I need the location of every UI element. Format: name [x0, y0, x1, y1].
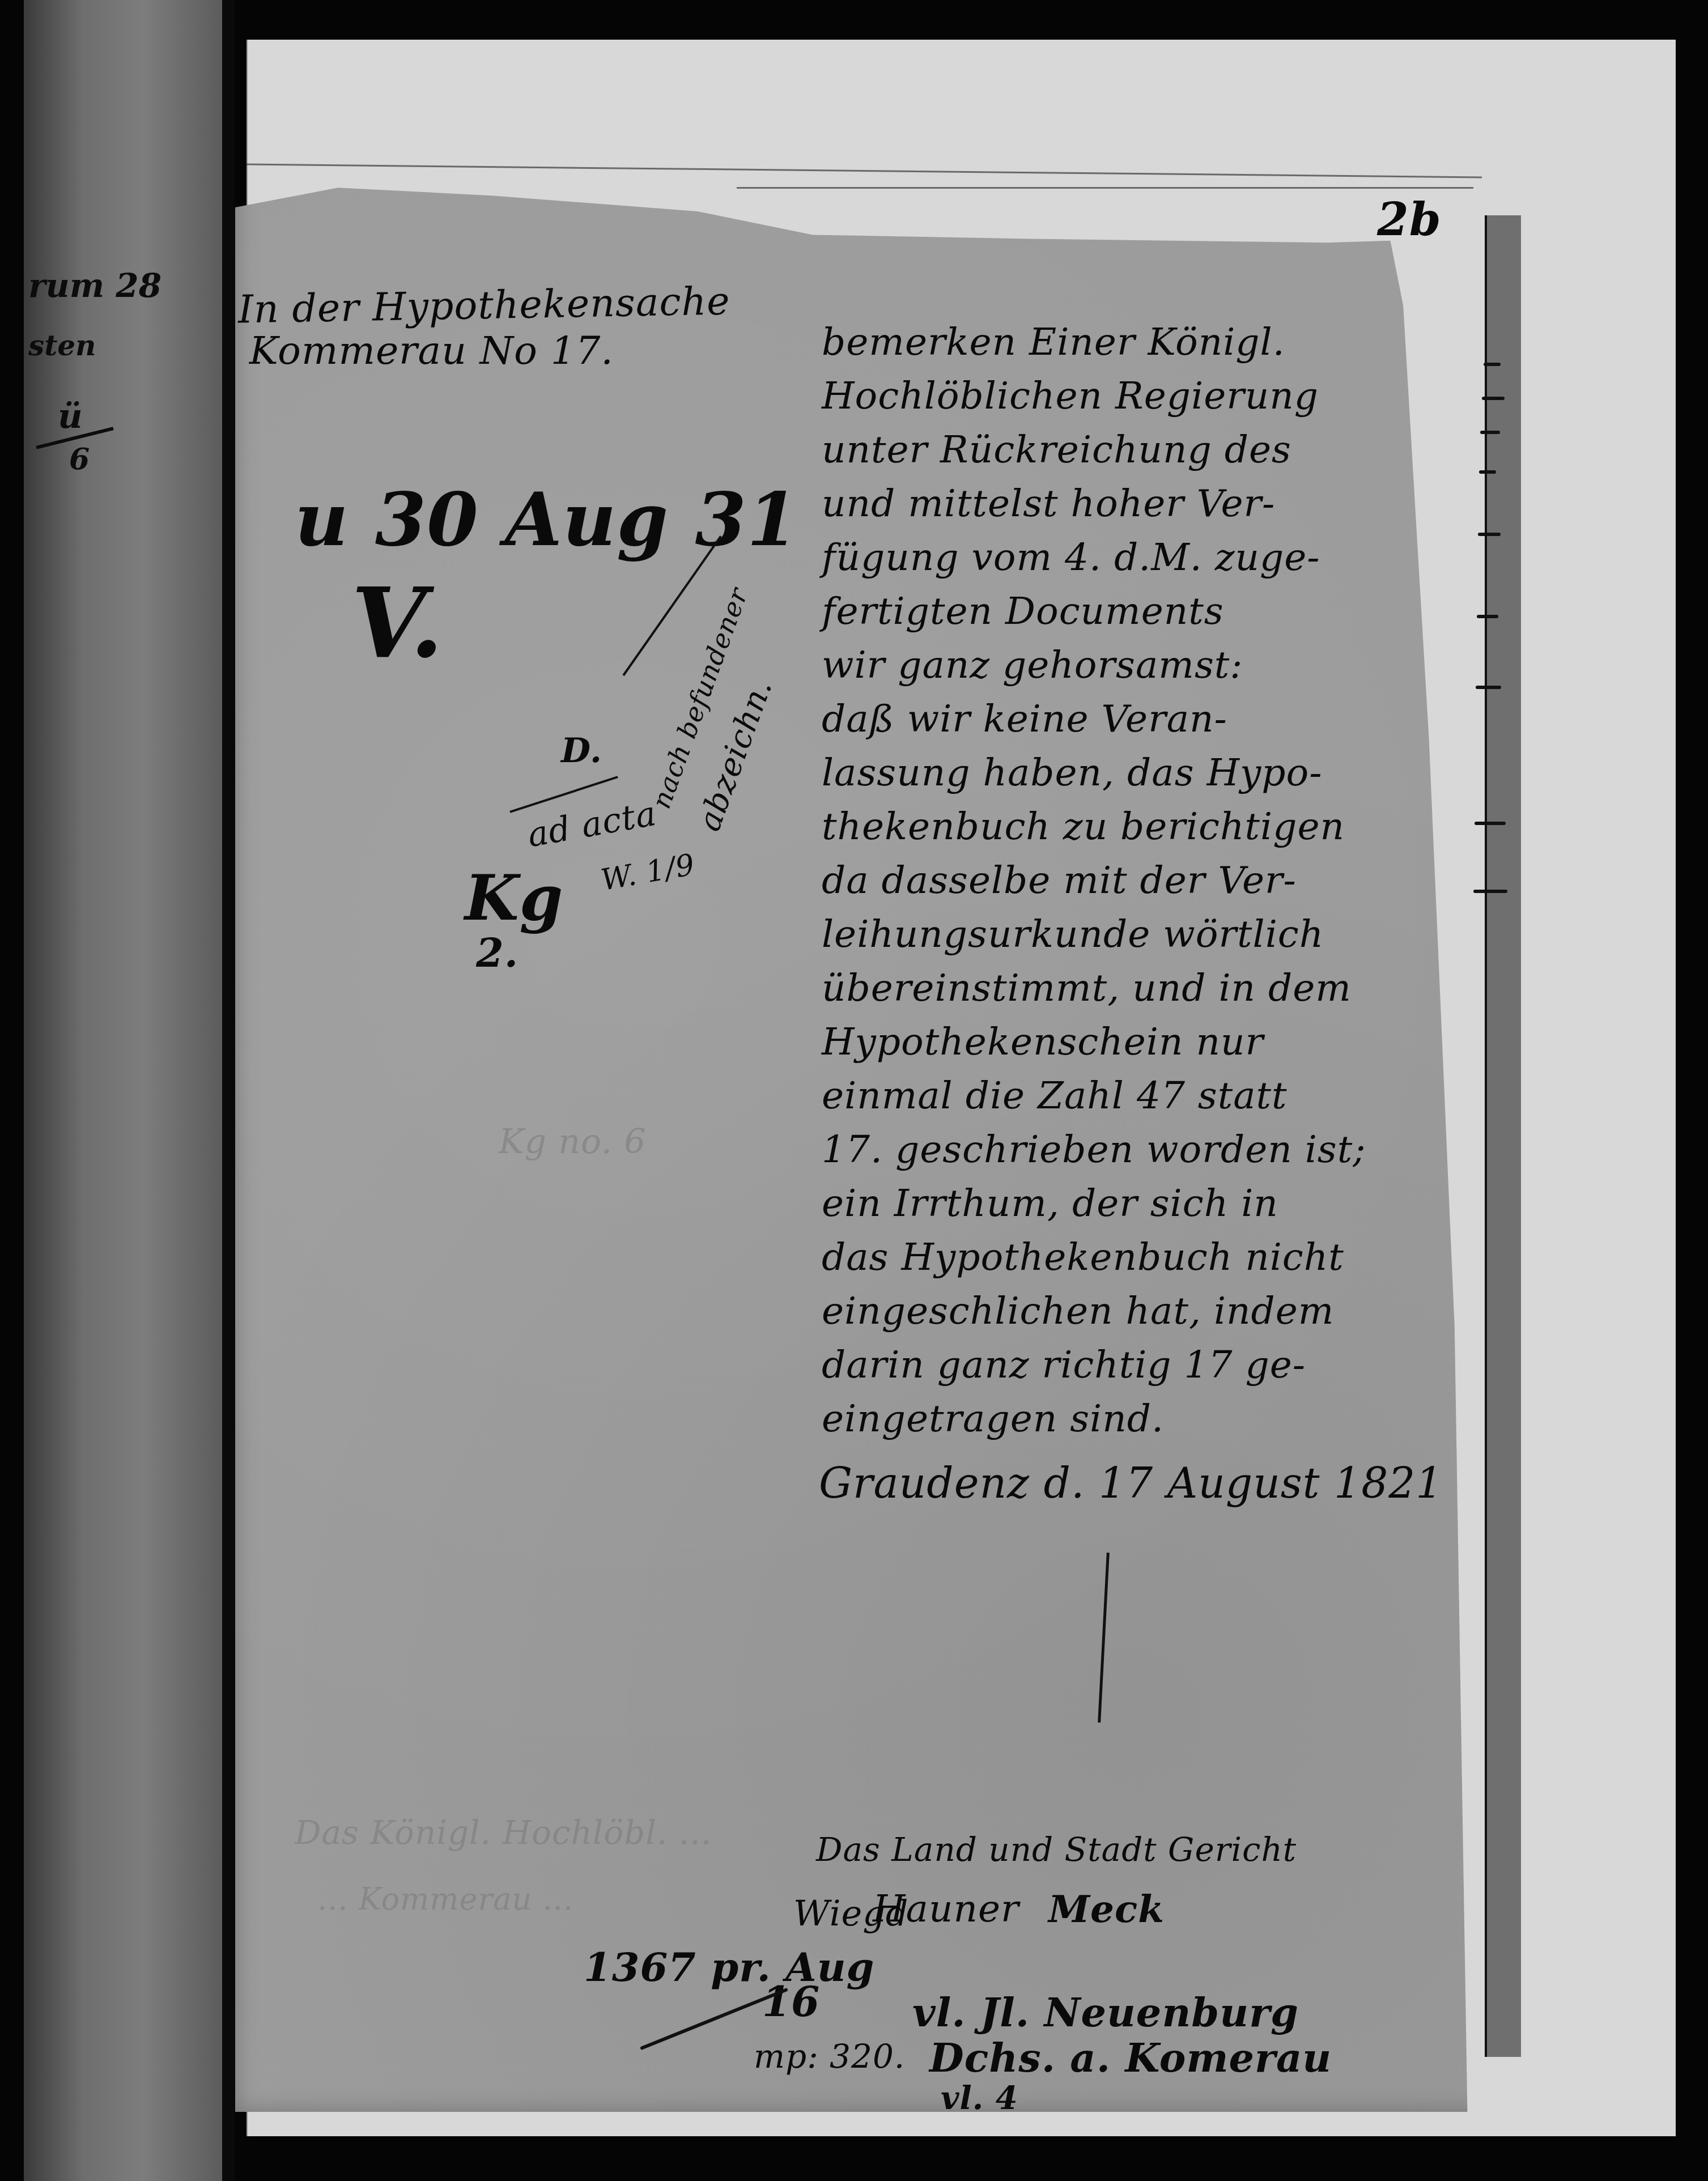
spine-fraction-top: ü [58, 397, 83, 436]
body-line: das Hypothekenbuch nicht [822, 1235, 1344, 1279]
body-line: 17. geschrieben worden ist; [822, 1128, 1366, 1171]
bleedthrough-text: ... Kommerau ... [317, 1881, 573, 1917]
registry-number: 1367 pr. Aug [584, 1944, 874, 1991]
header-line-1: In der Hypothekensache [237, 279, 730, 332]
margin-mark [1476, 686, 1501, 689]
body-line: einmal die Zahl 47 statt [822, 1074, 1288, 1117]
margin-mark [1473, 890, 1507, 893]
body-line: eingeschlichen hat, indem [822, 1289, 1334, 1333]
margin-mark [1478, 533, 1501, 536]
spine-fraction-bottom: 6 [69, 442, 90, 477]
margin-mark [1475, 822, 1506, 825]
body-line: fertigten Documents [822, 589, 1224, 633]
margin-mark [1480, 431, 1500, 434]
body-line: daß wir keine Veran- [822, 697, 1227, 741]
spine-text: sten [28, 329, 96, 362]
margin-mark [1477, 615, 1498, 618]
header-line-2: Kommerau No 17. [249, 329, 614, 373]
body-line: unter Rückreichung des [822, 428, 1291, 471]
margin-mark [1484, 363, 1501, 366]
body-line: Hypothekenschein nur [822, 1020, 1264, 1064]
body-line: da dasselbe mit der Ver- [822, 858, 1297, 902]
annotation-kg-number: 2. [476, 929, 519, 976]
margin-mark [1482, 397, 1505, 400]
address-line-3: vl. 4 [941, 2080, 1018, 2117]
signatory-name: Hauner [873, 1887, 1019, 1931]
registry-mp: mp: 320. [754, 2037, 905, 2076]
binding-spine: rum 28 sten ü 6 [24, 0, 235, 2181]
body-line: bemerken Einer Königl. [822, 320, 1285, 364]
fold-line [737, 187, 1473, 189]
address-line-1: vl. Jl. Neuenburg [912, 1989, 1299, 2036]
body-line: lassung haben, das Hypo- [822, 751, 1323, 794]
body-line: fügung vom 4. d.M. zuge- [822, 535, 1320, 579]
page-fold-edge [1485, 215, 1521, 2057]
annotation-kg: Kg [465, 861, 564, 934]
place-date: Graudenz d. 17 August 1821 [819, 1459, 1443, 1508]
signatory-name: Meck [1048, 1887, 1165, 1931]
body-line: darin ganz richtig 17 ge- [822, 1343, 1306, 1387]
body-line: leihungsurkunde wörtlich [822, 912, 1324, 956]
bleedthrough-text: Kg no. 6 [499, 1122, 646, 1162]
registry-day: 16 [762, 1978, 820, 2026]
spine-text: rum 28 [28, 266, 162, 305]
body-line: übereinstimmt, und in dem [822, 966, 1352, 1010]
body-line: eingetragen sind. [822, 1397, 1164, 1440]
document-scan: rum 28 sten ü 6 2b In der Hypothekensach… [0, 0, 1708, 2181]
court-name: Das Land und Stadt Gericht [816, 1830, 1297, 1869]
receipt-mark: V. [351, 567, 444, 680]
receipt-date: u 30 Aug 31 [295, 476, 798, 563]
address-line-2: Dchs. a. Komerau [929, 2034, 1332, 2081]
body-line: und mittelst hoher Ver- [822, 482, 1275, 525]
bleedthrough-text: Das Königl. Hochlöbl. ... [295, 1813, 712, 1852]
scan-bottom-border [247, 2136, 1675, 2181]
annotation-d: D. [561, 731, 602, 771]
body-line: ein Irrthum, der sich in [822, 1181, 1278, 1225]
body-line: Hochlöblichen Regierung [822, 374, 1319, 418]
body-line: thekenbuch zu berichtigen [822, 805, 1345, 848]
body-line: wir ganz gehorsamst: [822, 643, 1243, 687]
margin-mark [1479, 470, 1496, 474]
folio-number: 2b [1377, 193, 1442, 246]
